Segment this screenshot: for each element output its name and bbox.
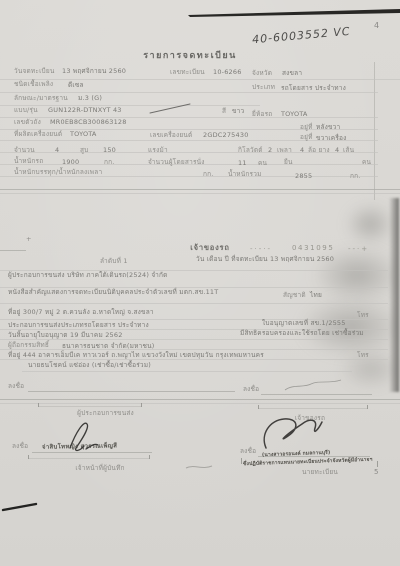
rule-line	[0, 349, 388, 350]
engine-no-label: เลขเครื่องยนต์	[150, 132, 192, 139]
engine-no-value: 2GDC275430	[203, 132, 249, 139]
rule-line	[0, 339, 388, 340]
bracket-tick	[141, 403, 142, 407]
operator-role-label: ผู้ประกอบการขนส่ง	[58, 410, 153, 417]
cylinders-value: 4	[55, 147, 59, 154]
kilowatt-label: กิโลวัตต์	[238, 147, 263, 154]
signature-underline	[28, 391, 235, 392]
model-value: GUN122R-DTNXYT 43	[48, 107, 122, 114]
rule-line	[0, 79, 400, 80]
scan-corner-mark	[3, 504, 36, 510]
bracket-line	[258, 408, 368, 409]
engine-location-value: ขวาเครื่อง	[316, 135, 346, 142]
horsepower-unit: แรงม้า	[148, 147, 168, 154]
wheel-unit: ล้อ ยาง	[308, 147, 330, 154]
scan-edge-line	[374, 62, 375, 200]
rule-line	[0, 92, 378, 93]
license-number-line: ใบอนุญาตเลขที่ สข.1/2555	[262, 320, 346, 327]
body-standard-value: ม.3 (G)	[78, 95, 102, 102]
horsepower-value: 150	[103, 147, 116, 154]
certificate-line: หนังสือสำคัญแสดงการจดทะเบียนนิติบุคคลประ…	[8, 289, 218, 296]
owner-reg-date-line: วัน เดือน ปี ที่จดทะเบียน 13 พฤศจิกายน 2…	[196, 256, 334, 263]
operator-line: ผู้ประกอบการขนส่ง บริษัท ภาคใต้เดินรถ(25…	[8, 272, 168, 279]
engine-location-label: อยู่ที่	[300, 134, 313, 141]
wheels-value: 4	[300, 147, 304, 154]
registrar-name-stamp: (นางสาวอรอนงค์ กมลกานบุรี)	[262, 451, 330, 458]
scanned-registration-document: 40-6003552 VC 4 รายการจดทะเบียน วันจดทะเ…	[0, 0, 400, 566]
section-divider	[0, 189, 400, 190]
toner-smudge	[345, 203, 395, 245]
page-number-top: 4	[374, 22, 379, 30]
possession-rights-line: มีสิทธิครอบครองและใช้รถโดย เช่าซื้อร่วม	[240, 330, 364, 337]
bracket-tick	[28, 455, 29, 459]
province-value: สงขลา	[282, 70, 302, 77]
type-value: รถโดยสาร ประจำทาง	[281, 85, 346, 92]
seats-label: จำนวนผู้โดยสารนั่ง	[148, 159, 205, 166]
registrar-role-label: นายทะเบียน	[290, 469, 350, 476]
bracket-tick	[377, 461, 378, 467]
reg-date-value: 13 พฤศจิกายน 2560	[62, 68, 126, 75]
bracket-tick	[367, 405, 368, 409]
business-type-line: ประกอบการขนส่งประเภทรถโดยสาร ประจำทาง	[8, 322, 149, 329]
province-label: จังหวัด	[252, 70, 272, 77]
chassis-location-label: อยู่ที่	[300, 124, 313, 131]
lien-holder-label: ผู้ถือกรรมสิทธิ์	[8, 342, 49, 349]
section-divider	[0, 403, 400, 404]
engine-maker-label: ที่ผลิตเครื่องยนต์	[14, 131, 62, 138]
engine-maker-value: TOYOTA	[70, 131, 97, 138]
scan-edge-band	[389, 198, 399, 392]
brand-value: TOYOTA	[281, 111, 308, 118]
seats-value: 11	[238, 160, 247, 167]
bracket-line	[28, 458, 150, 459]
plus-mark: +	[26, 236, 32, 243]
fuel-label: ชนิดเชื้อเพลิง	[14, 81, 53, 88]
document-title: รายการจดทะเบียน	[120, 52, 260, 61]
sign-label: ลงชื่อ	[12, 443, 28, 450]
lien-holder-value: ธนาคารธนชาต จำกัด(มหาชน)	[62, 343, 154, 350]
rule-line	[0, 176, 378, 177]
rule-line	[0, 105, 260, 106]
margin-mark	[0, 250, 26, 251]
bracket-tick	[258, 405, 259, 409]
sign-label: ลงชื่อ	[8, 383, 24, 390]
sign-label: ลงชื่อ	[243, 386, 259, 393]
total-kg-unit: กก.	[350, 173, 361, 180]
stamp-dashes: -·-·-	[250, 246, 272, 253]
stray-mark	[186, 466, 212, 468]
standing-unit: คน	[362, 159, 371, 166]
owner-address-line: ที่อยู่ 300/7 หมู่ 2 ต.ควนลัง อ.หาดใหญ่ …	[8, 309, 154, 316]
total-weight-label: น้ำหนักรวม	[228, 171, 262, 178]
reg-no-value: 10-6266	[213, 69, 242, 76]
owner-section-header: เจ้าของรถ	[170, 244, 250, 252]
model-label: แบบ/รุ่น	[14, 107, 38, 114]
rule-line	[22, 371, 352, 372]
axle-unit: เพลา	[277, 147, 292, 154]
lien-address-line: ที่อยู่ 444 อาคารเอ็มบีเค ทาวเวอร์ ถ.พญา…	[8, 352, 264, 359]
chassis-location-value: หลังขวา	[316, 124, 340, 131]
page-number-bottom: 5	[374, 469, 379, 476]
vehicle-weight-label: น้ำหนักรถ	[14, 158, 43, 165]
pencil-scribble	[285, 380, 341, 390]
sign-label: ลงชื่อ	[240, 448, 256, 455]
tire-unit: เส้น	[343, 147, 354, 154]
stamp-dashes: --·+	[348, 246, 369, 253]
recorder-role-label: เจ้าหน้าที่ผู้บันทึก	[55, 465, 145, 472]
signature-underline	[32, 452, 152, 453]
nationality-label: สัญชาติ	[283, 292, 306, 299]
brand-label: ยี่ห้อรถ	[252, 111, 272, 118]
phone-label: โทร	[357, 312, 369, 319]
reg-no-label: เลขทะเบียน	[170, 69, 205, 76]
axles-value: 2	[268, 147, 272, 154]
color-value: ขาว	[232, 108, 244, 115]
chassis-label: เลขตัวถัง	[14, 119, 41, 126]
kg-unit: กก.	[104, 159, 115, 166]
section-divider	[0, 193, 400, 194]
cylinder-unit: สูบ	[80, 147, 89, 154]
scan-streak-line	[188, 9, 400, 17]
color-label: สี	[222, 108, 226, 115]
bracket-tick	[149, 455, 150, 459]
license-expiry-line: วันสิ้นอายุใบอนุญาต 19 มีนาคม 2562	[8, 332, 123, 339]
registrar-authority-stamp: ซึ่งปฏิบัติราชการแทนนายทะเบียนประจำจังหว…	[243, 458, 373, 468]
rule-line	[0, 359, 388, 360]
handwritten-reference: 40-6003552 VC	[252, 26, 351, 46]
registrar-signature	[264, 419, 322, 448]
body-standard-label: ลักษณะ/มาตรฐาน	[14, 95, 68, 102]
section-divider	[0, 399, 400, 400]
hirer-line: นายธนโชคน์ แซ่อ่อง (เช่าซื้อ/เช่าซื้อร่ว…	[28, 362, 151, 369]
load-kg-unit: กก.	[203, 171, 214, 178]
reg-date-label: วันจดทะเบียน	[14, 68, 55, 75]
bracket-tick	[241, 458, 242, 464]
signature-underline	[261, 394, 372, 395]
rule-line	[0, 303, 388, 304]
vehicle-weight-value: 1900	[62, 159, 79, 166]
chassis-number: MR0EB8CB300863128	[50, 119, 127, 126]
cylinders-label: จำนวน	[14, 147, 35, 154]
bracket-line	[38, 406, 142, 407]
owner-role-label: เจ้าของรถ	[280, 415, 340, 422]
document-stamp-number: 0431095	[292, 245, 334, 252]
nationality-value: ไทย	[310, 292, 322, 299]
tires-value: 4	[335, 147, 339, 154]
load-weight-label: น้ำหนักบรรทุก/น้ำหนักลงเพลา	[14, 169, 102, 176]
standing-label: ยืน	[284, 159, 293, 166]
bracket-tick	[38, 403, 39, 407]
sequence-number: ลำดับที่ 1	[100, 258, 128, 265]
total-weight-value: 2855	[295, 173, 312, 180]
phone-label: โทร	[357, 352, 369, 359]
type-label: ประเภท	[252, 84, 275, 91]
person-unit: คน	[258, 160, 267, 167]
fuel-value: ดีเซล	[68, 82, 84, 89]
recorder-name-stamp: จ่าสิบโทหญิง สุวรรณเพ็ญสี	[42, 443, 117, 450]
